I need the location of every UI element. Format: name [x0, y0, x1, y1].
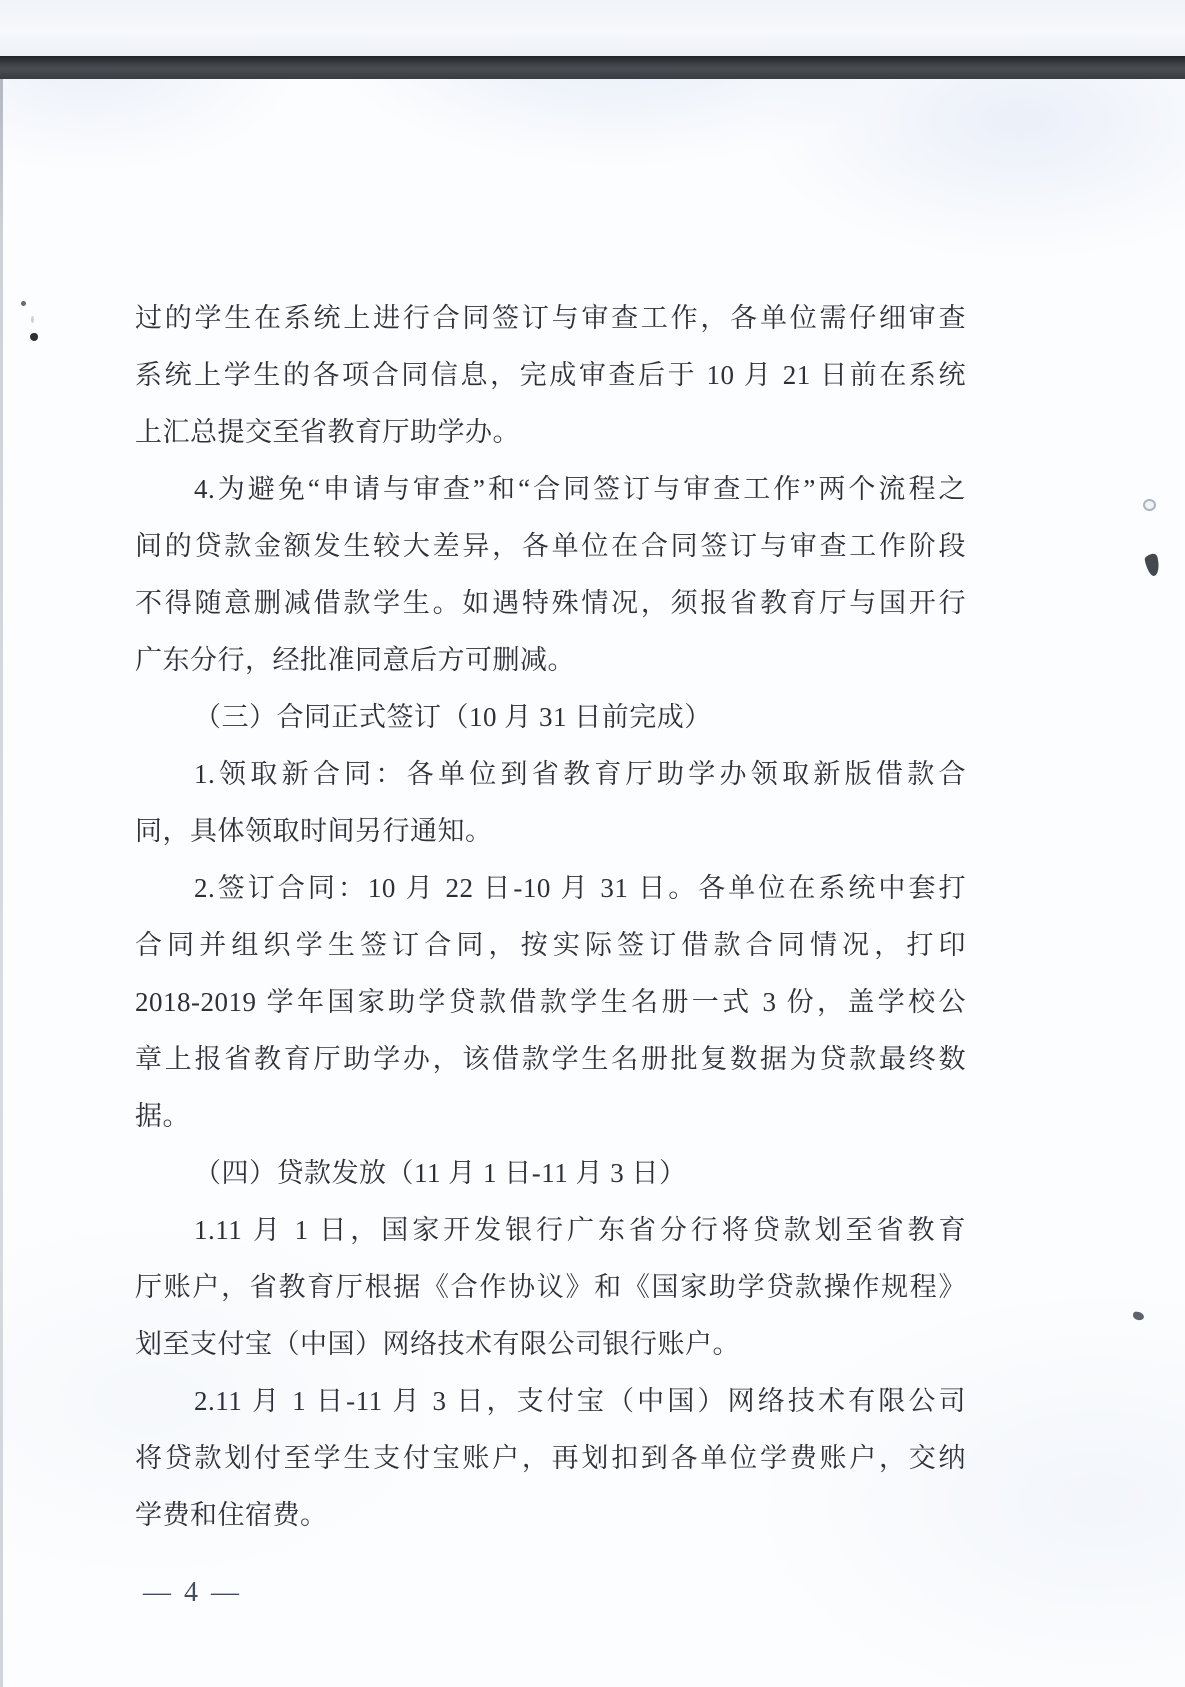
- text-line: 同，具体领取时间另行通知。: [135, 803, 966, 860]
- ink-speck: [31, 316, 34, 323]
- text-line: 学费和住宿费。: [135, 1487, 966, 1544]
- text-line: 1.领取新合同：各单位到省教育厅助学办领取新版借款合: [135, 746, 966, 803]
- text-line: 厅账户，省教育厅根据《合作协议》和《国家助学贷款操作规程》: [135, 1259, 966, 1316]
- section-heading-line: （三）合同正式签订（10 月 31 日前完成）: [135, 689, 966, 746]
- text-line: 据。: [135, 1088, 966, 1145]
- text-line: 系统上学生的各项合同信息，完成审查后于 10 月 21 日前在系统: [135, 347, 966, 404]
- text-line: 广东分行，经批准同意后方可删减。: [135, 632, 966, 689]
- text-line: 2.11 月 1 日-11 月 3 日，支付宝（中国）网络技术有限公司: [135, 1373, 966, 1430]
- text-line: 1.11 月 1 日，国家开发银行广东省分行将贷款划至省教育: [135, 1202, 966, 1259]
- text-line: 章上报省教育厅助学办，该借款学生名册批复数据为贷款最终数: [135, 1031, 966, 1088]
- text-line: 间的贷款金额发生较大差异，各单位在合同签订与审查工作阶段: [135, 518, 966, 575]
- text-line: 不得随意删减借款学生。如遇特殊情况，须报省教育厅与国开行: [135, 575, 966, 632]
- text-line: 上汇总提交至省教育厅助学办。: [135, 404, 966, 461]
- ink-speck: [1144, 553, 1161, 577]
- document-body: 过的学生在系统上进行合同签订与审查工作，各单位需仔细审查 系统上学生的各项合同信…: [135, 290, 966, 1544]
- text-line: 4.为避免“申请与审查”和“合同签订与审查工作”两个流程之: [135, 461, 966, 518]
- ink-speck: [21, 301, 26, 306]
- section-heading-line: （四）贷款发放（11 月 1 日-11 月 3 日）: [135, 1145, 966, 1202]
- ink-speck: [1132, 1311, 1144, 1320]
- scan-dark-bar: [0, 56, 1185, 79]
- ink-speck: [1143, 499, 1156, 511]
- ink-speck: [30, 333, 38, 341]
- text-line: 2018-2019 学年国家助学贷款借款学生名册一式 3 份，盖学校公: [135, 974, 966, 1031]
- text-line: 2.签订合同：10 月 22 日-10 月 31 日。各单位在系统中套打: [135, 860, 966, 917]
- page-number: — 4 —: [143, 1577, 242, 1609]
- scan-left-edge-line: [0, 79, 3, 1687]
- text-line: 合同并组织学生签订合同，按实际签订借款合同情况，打印: [135, 917, 966, 974]
- text-line: 过的学生在系统上进行合同签订与审查工作，各单位需仔细审查: [135, 290, 966, 347]
- text-line: 划至支付宝（中国）网络技术有限公司银行账户。: [135, 1316, 966, 1373]
- scan-top-strip: [0, 0, 1185, 56]
- scanned-document-page: 过的学生在系统上进行合同签订与审查工作，各单位需仔细审查 系统上学生的各项合同信…: [0, 0, 1185, 1687]
- text-line: 将贷款划付至学生支付宝账户，再划扣到各单位学费账户，交纳: [135, 1430, 966, 1487]
